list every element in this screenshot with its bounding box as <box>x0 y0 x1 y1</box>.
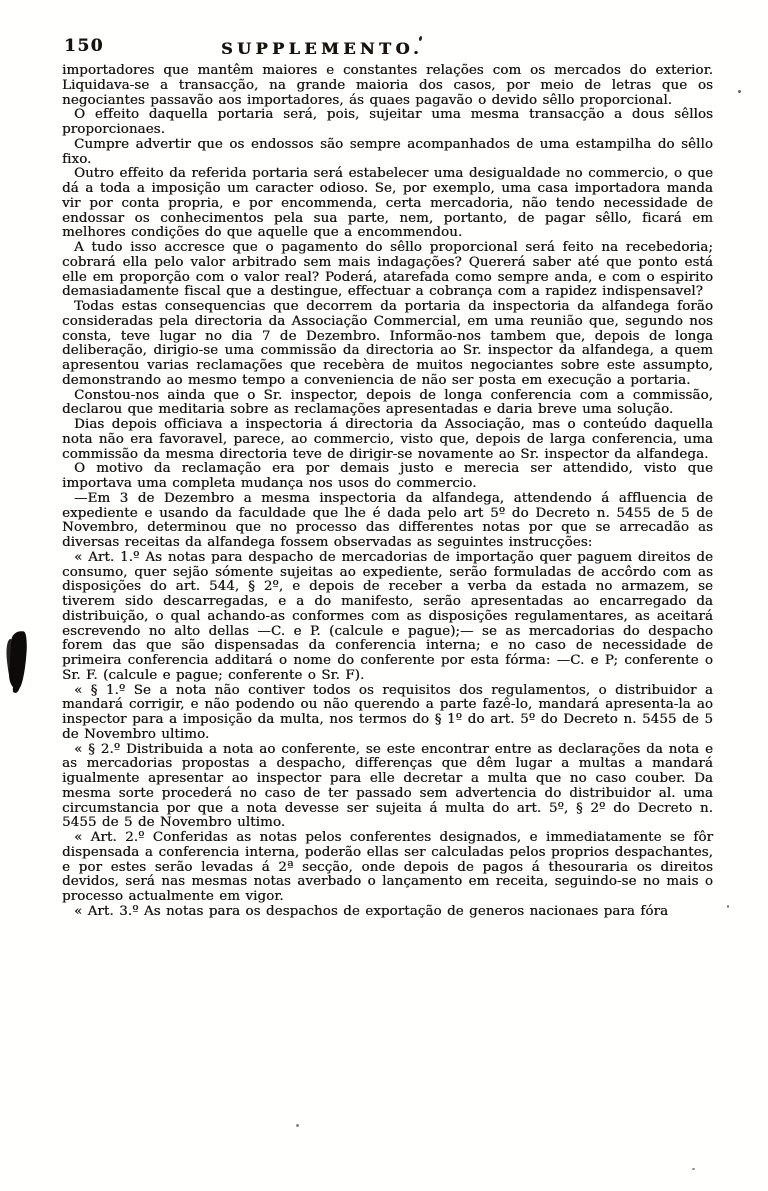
ink-blot-artifact <box>7 631 29 693</box>
page-number: 150 <box>64 36 104 56</box>
paragraph: O motivo da reclamação era por demais ju… <box>62 462 713 492</box>
paragraph: importadores que mantêm maiores e consta… <box>62 64 713 108</box>
paragraph: Constou-nos ainda que o Sr. inspector, d… <box>62 389 713 419</box>
paragraph-section-1: « § 1.º Se a nota não contiver todos os … <box>62 684 713 743</box>
paragraph: A tudo isso accresce que o pagamento do … <box>62 241 713 300</box>
scan-speck <box>692 1168 695 1170</box>
paragraph-section-2: « § 2.º Distribuida a nota ao conferente… <box>62 743 713 832</box>
paragraph-article-1: « Art. 1.º As notas para despacho de mer… <box>62 551 713 684</box>
paragraph-article-2: « Art. 2.º Conferidas as notas pelos con… <box>62 831 713 905</box>
paragraph-dash-item: —Em 3 de Dezembro a mesma inspectoria da… <box>62 492 713 551</box>
paragraph: Cumpre advertir que os endossos são semp… <box>62 138 713 168</box>
scan-speck <box>566 633 568 635</box>
ink-blot-tip <box>12 680 21 693</box>
paragraph: Todas estas consequencias que decorrem d… <box>62 300 713 389</box>
document-page: 150 SUPPLEMENTO. importadores que mantêm… <box>0 0 768 1191</box>
page-body-text: importadores que mantêm maiores e consta… <box>62 64 713 920</box>
paragraph: Dias depois officiava a inspectoria á di… <box>62 418 713 462</box>
paragraph: O effeito daquella portaria será, pois, … <box>62 108 713 138</box>
scan-speck <box>296 1124 299 1127</box>
paragraph: Outro effeito da referida portaria será … <box>62 167 713 241</box>
scan-speck <box>727 905 729 908</box>
page-header-title: SUPPLEMENTO. <box>221 39 423 58</box>
scan-speck <box>738 90 741 93</box>
paragraph-article-3: « Art. 3.º As notas para os despachos de… <box>62 905 713 920</box>
